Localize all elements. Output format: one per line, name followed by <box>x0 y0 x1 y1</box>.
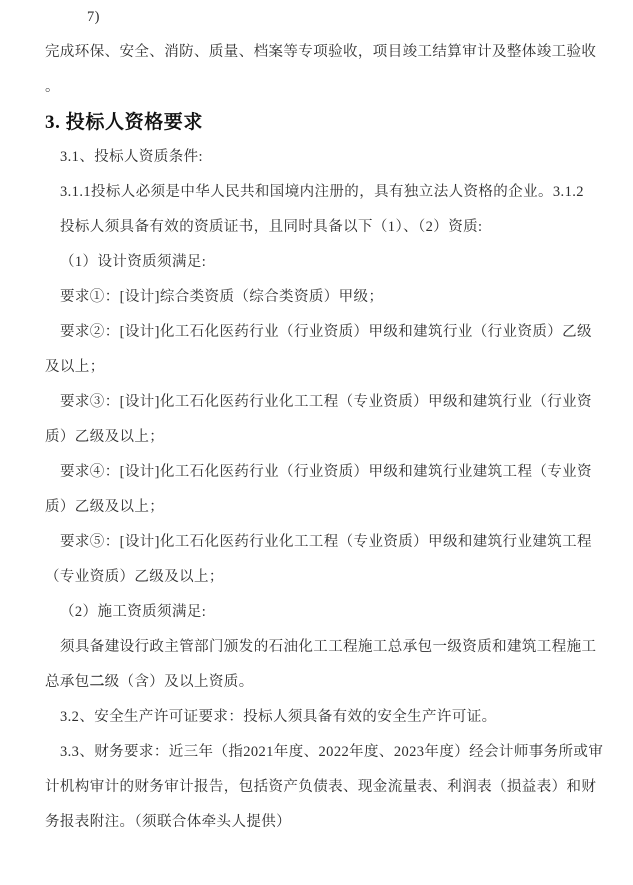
clause-3-3-finance-line-1: 3.3、财务要求：近三年（指2021年度、2022年度、2023年度）经会计师事… <box>45 735 613 770</box>
construction-line-2-pre: 总承包 <box>45 674 90 690</box>
list-item-7-number: 7) <box>45 0 613 35</box>
construction-line-2-bold-char: 二 <box>90 674 105 690</box>
design-requirement-2-line-2: 及以上； <box>45 350 613 385</box>
acceptance-paragraph-line-2: 。 <box>45 70 613 105</box>
design-requirement-2-line-1: 要求②：[设计]化工石化医药行业（行业资质）甲级和建筑行业（行业资质）乙级 <box>45 315 613 350</box>
design-requirement-3-line-2: 质）乙级及以上； <box>45 420 613 455</box>
design-requirement-1: 要求①：[设计]综合类资质（综合类资质）甲级； <box>45 280 613 315</box>
design-requirement-4-line-2: 质）乙级及以上； <box>45 490 613 525</box>
clause-3-3-finance-line-2: 计机构审计的财务审计报告，包括资产负债表、现金流量表、利润表（损益表）和财 <box>45 770 613 805</box>
construction-requirement-line-2: 总承包二级（含）及以上资质。 <box>45 665 613 700</box>
section-heading-bidder-qualification: 3. 投标人资格要求 <box>45 105 613 140</box>
acceptance-paragraph-line-1: 完成环保、安全、消防、质量、档案等专项验收，项目竣工结算审计及整体竣工验收 <box>45 35 613 70</box>
design-requirement-5-line-1: 要求⑤：[设计]化工石化医药行业化工工程（专业资质）甲级和建筑行业建筑工程 <box>45 525 613 560</box>
design-qualification-title: （1）设计资质须满足: <box>45 245 613 280</box>
construction-requirement-line-1: 须具备建设行政主管部门颁发的石油化工工程施工总承包一级资质和建筑工程施工 <box>45 630 613 665</box>
clause-3-1-1-line-2: 投标人须具备有效的资质证书，且同时具备以下（1）、（2）资质: <box>45 210 613 245</box>
design-requirement-3-line-1: 要求③：[设计]化工石化医药行业化工工程（专业资质）甲级和建筑行业（行业资 <box>45 385 613 420</box>
clause-3-1-title: 3.1、投标人资质条件: <box>45 140 613 175</box>
clause-3-1-1-line-1: 3.1.1投标人必须是中华人民共和国境内注册的，具有独立法人资格的企业。3.1.… <box>45 175 613 210</box>
construction-line-2-post: 级（含）及以上资质。 <box>105 674 254 690</box>
clause-3-2-safety-license: 3.2、安全生产许可证要求：投标人须具备有效的安全生产许可证。 <box>45 700 613 735</box>
design-requirement-4-line-1: 要求④：[设计]化工石化医药行业（行业资质）甲级和建筑行业建筑工程（专业资 <box>45 455 613 490</box>
clause-3-3-finance-line-3: 务报表附注。（须联合体牵头人提供） <box>45 805 613 840</box>
document-page: 7) 完成环保、安全、消防、质量、档案等专项验收，项目竣工结算审计及整体竣工验收… <box>0 0 633 885</box>
construction-qualification-title: （2）施工资质须满足: <box>45 595 613 630</box>
design-requirement-5-line-2: （专业资质）乙级及以上； <box>45 560 613 595</box>
